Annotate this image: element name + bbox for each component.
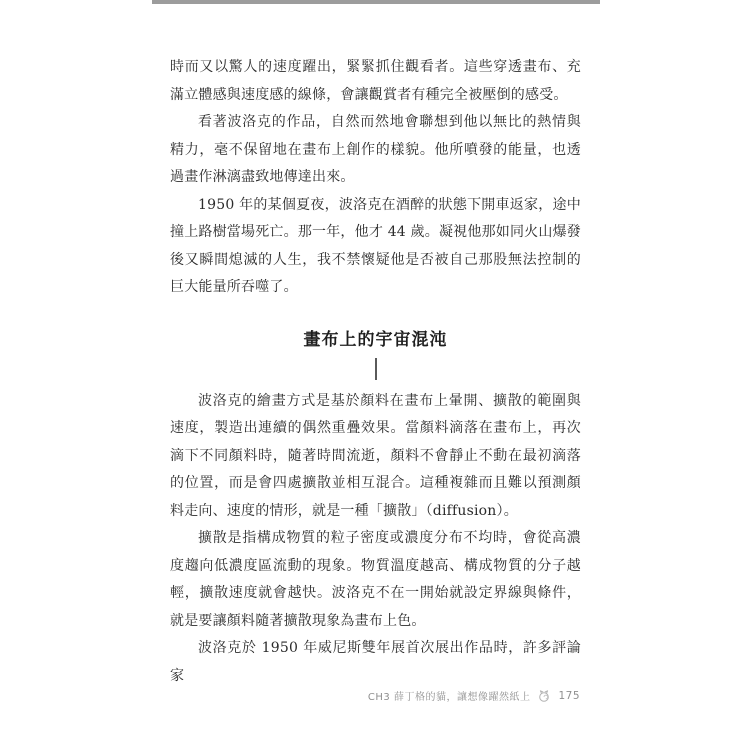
book-page: 時而又以驚人的速度躍出，緊緊抓住觀看者。這些穿透畫布、充滿立體感與速度感的線條，…	[0, 0, 750, 750]
paragraph: 看著波洛克的作品，自然而然地會聯想到他以無比的熱情與精力，毫不保留地在畫布上創作…	[170, 109, 581, 192]
paragraph: 波洛克的繪畫方式是基於顏料在畫布上暈開、擴散的範圍與速度，製造出連續的偶然重疊效…	[170, 388, 581, 526]
section-heading: 畫布上的宇宙混沌	[170, 328, 581, 352]
footer-chapter-label: CH3 薛丁格的貓，讓想像躍然紙上	[368, 688, 531, 703]
paragraph: 1950 年的某個夏夜，波洛克在酒醉的狀態下開車返家，途中撞上路樹當場死亡。那一…	[170, 192, 581, 302]
cat-doodle-icon	[537, 689, 551, 703]
paragraph: 時而又以驚人的速度躍出，緊緊抓住觀看者。這些穿透畫布、充滿立體感與速度感的線條，…	[170, 54, 581, 109]
text-column: 時而又以驚人的速度躍出，緊緊抓住觀看者。這些穿透畫布、充滿立體感與速度感的線條，…	[170, 54, 581, 690]
paragraph: 波洛克於 1950 年威尼斯雙年展首次展出作品時，許多評論家	[170, 635, 581, 690]
heading-divider	[375, 358, 377, 380]
footer: CH3 薛丁格的貓，讓想像躍然紙上 175	[368, 688, 580, 703]
paragraph: 擴散是指構成物質的粒子密度或濃度分布不均時，會從高濃度趨向低濃度區流動的現象。物…	[170, 525, 581, 635]
page-number: 175	[558, 690, 580, 702]
top-rule	[152, 0, 600, 4]
